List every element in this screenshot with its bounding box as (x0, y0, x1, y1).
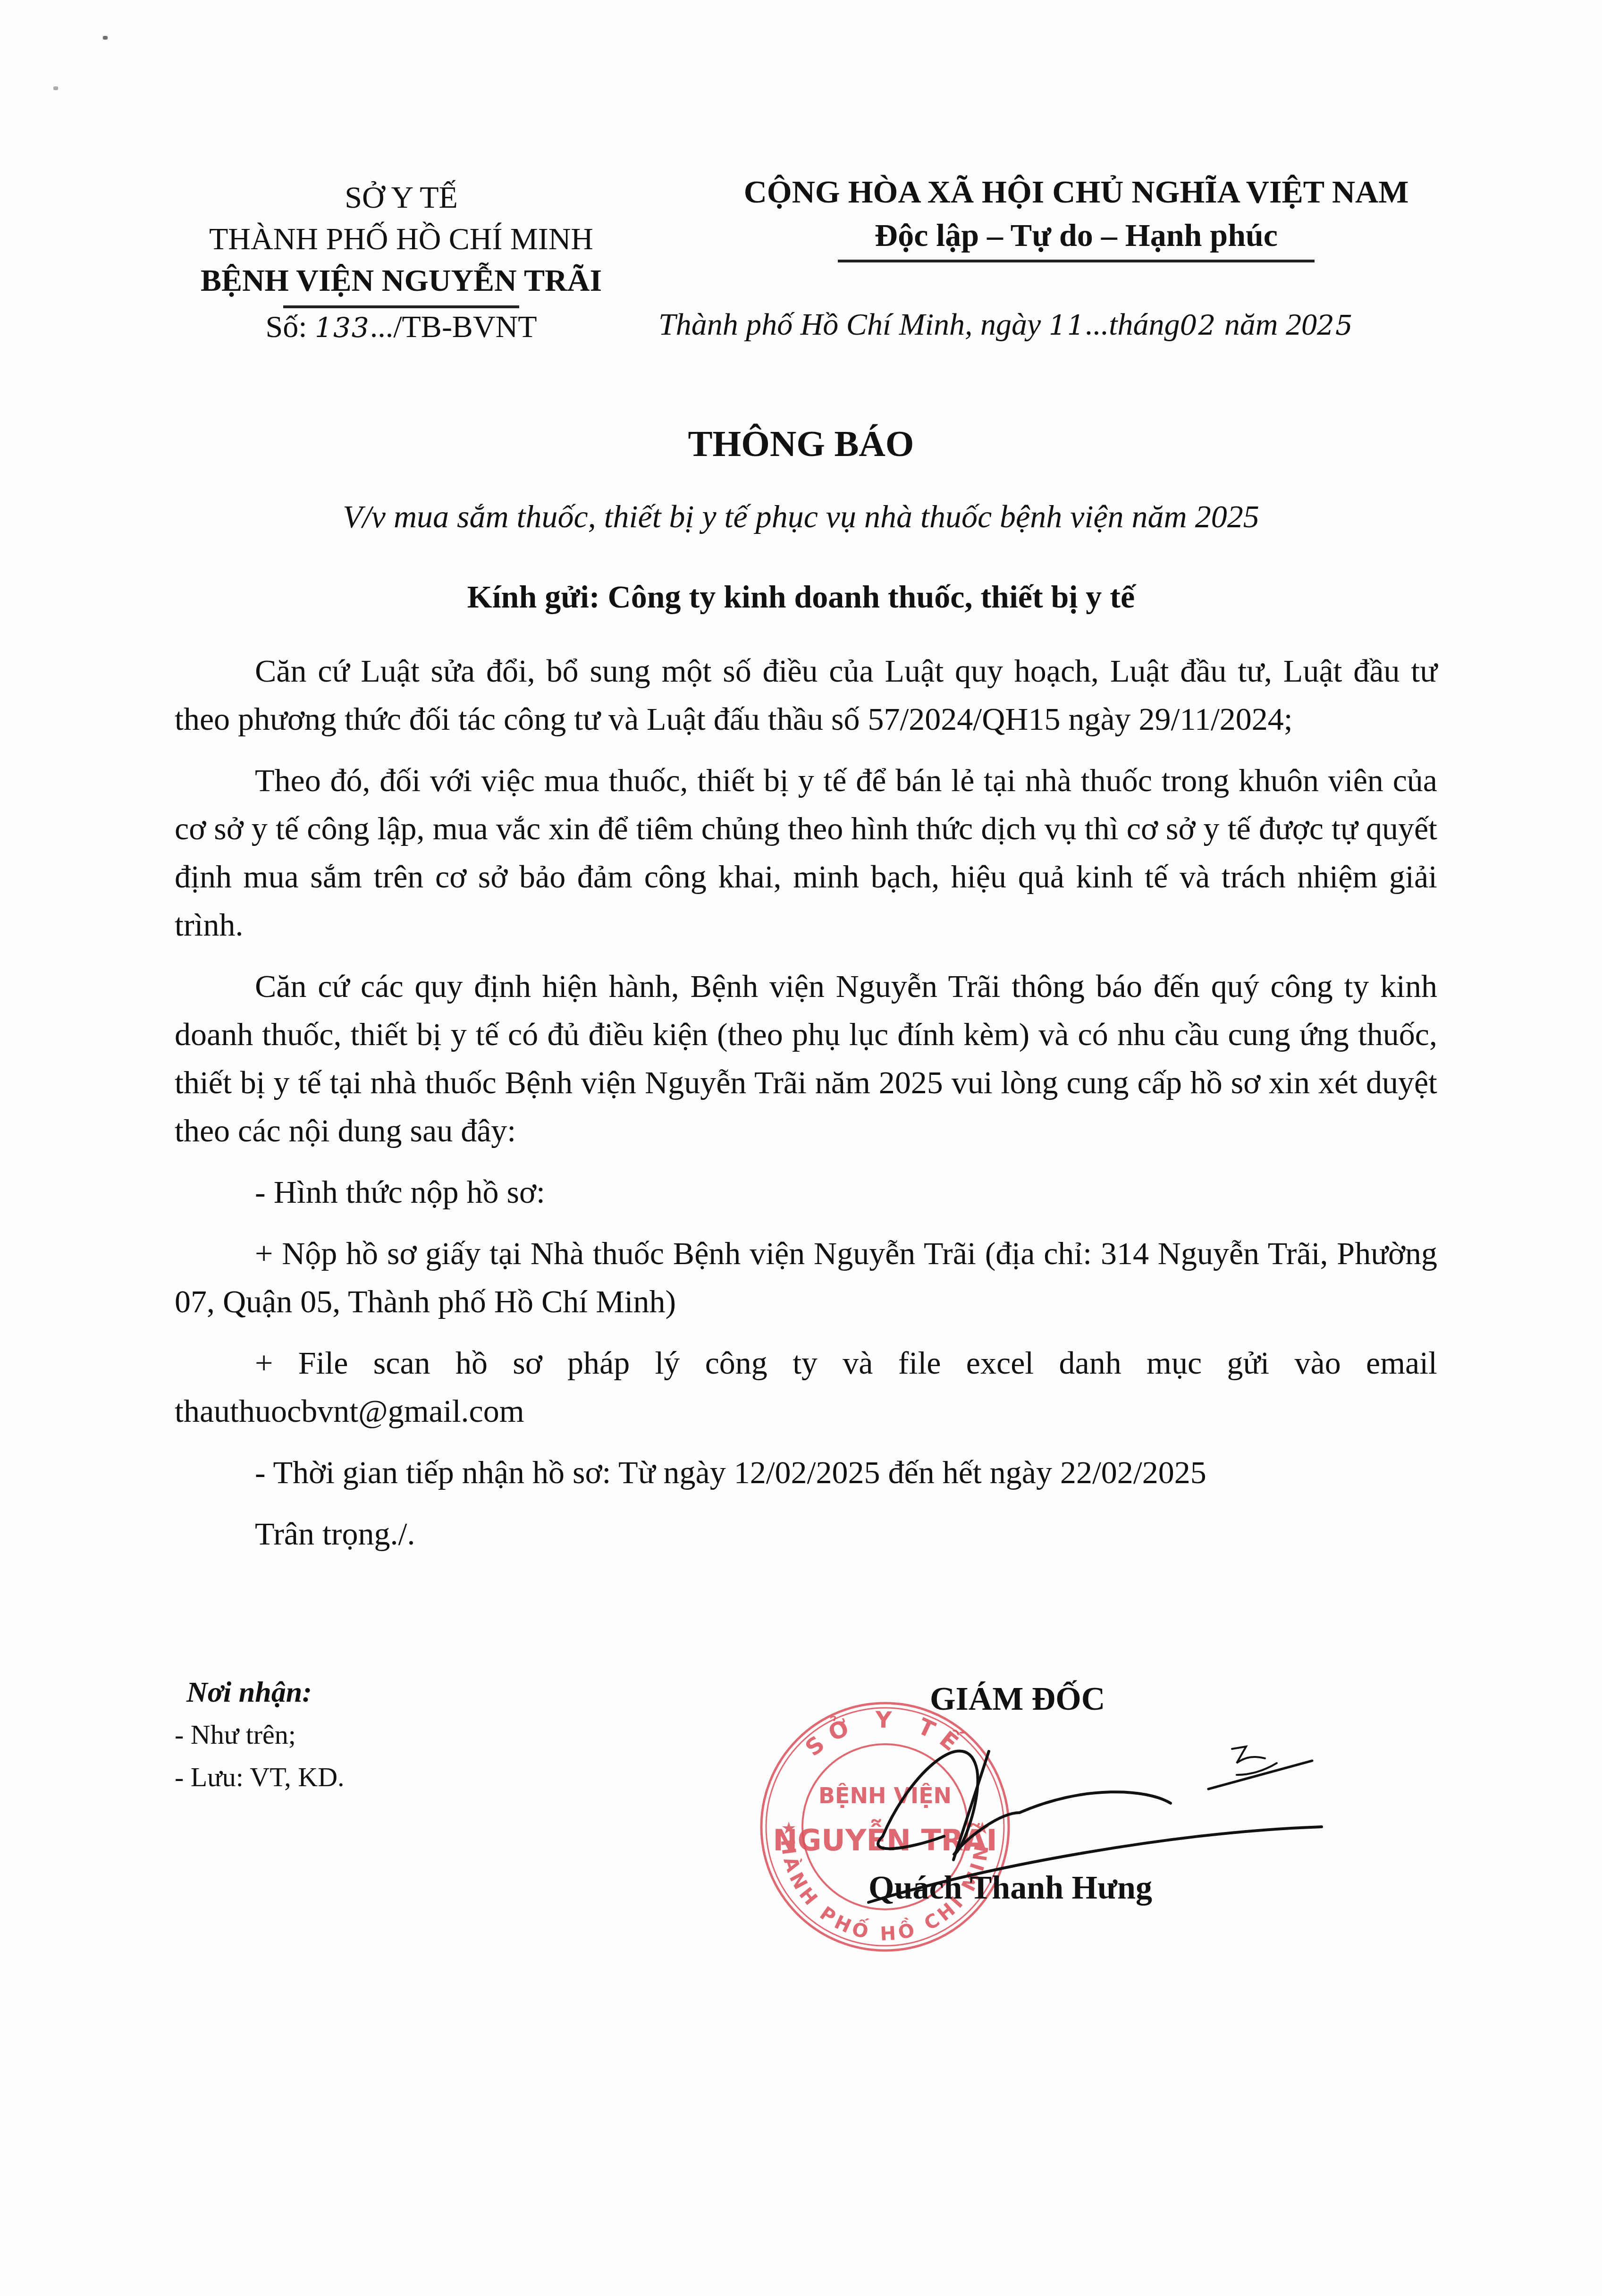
recipient-item: - Lưu: VT, KD. (175, 1756, 345, 1798)
motto-divider (838, 260, 1315, 262)
paragraph-procurement-rule: Theo đó, đối với việc mua thuốc, thiết b… (175, 756, 1437, 949)
signature-icon (755, 1680, 1345, 1945)
date-prefix: Thành phố Hồ Chí Minh, ngày (658, 307, 1041, 342)
paragraph-legal-basis: Căn cứ Luật sửa đổi, bổ sung một số điều… (175, 647, 1437, 743)
organization-name: BỆNH VIỆN NGUYỄN TRÃI (142, 260, 661, 302)
handwritten-month: 02 (1180, 309, 1217, 341)
handwritten-day: 11 (1049, 309, 1086, 341)
scan-speck (53, 86, 58, 90)
submission-method-heading: - Hình thức nộp hồ sơ: (175, 1168, 1437, 1216)
document-number: Số: 133.../TB-BVNT (142, 309, 661, 345)
submission-paper: + Nộp hồ sơ giấy tại Nhà thuốc Bệnh viện… (175, 1229, 1437, 1325)
recipient-item: - Như trên; (175, 1714, 345, 1756)
scan-speck (103, 36, 108, 40)
addressee: Kính gửi: Công ty kinh doanh thuốc, thiế… (0, 578, 1602, 616)
number-label: Số: (265, 310, 307, 344)
agency-line-1: SỞ Y TẾ (142, 177, 661, 219)
nation-name: CỘNG HÒA XÃ HỘI CHỦ NGHĨA VIỆT NAM (651, 170, 1501, 213)
recipients-label: Nơi nhận: (175, 1671, 345, 1714)
place-date-line: Thành phố Hồ Chí Minh, ngày 11...tháng02… (658, 307, 1354, 343)
national-motto: Độc lập – Tự do – Hạnh phúc (651, 213, 1501, 257)
submission-period: - Thời gian tiếp nhận hồ sơ: Từ ngày 12/… (175, 1448, 1437, 1496)
paragraph-announcement: Căn cứ các quy định hiện hành, Bệnh viện… (175, 962, 1437, 1155)
number-suffix: .../TB-BVNT (370, 310, 537, 344)
header-divider (283, 305, 519, 308)
document-body: Căn cứ Luật sửa đổi, bổ sung một số điều… (175, 647, 1437, 1571)
national-header: CỘNG HÒA XÃ HỘI CHỦ NGHĨA VIỆT NAM Độc l… (651, 170, 1501, 262)
submission-email: + File scan hồ sơ pháp lý công ty và fil… (175, 1339, 1437, 1435)
document-title: THÔNG BÁO (0, 422, 1602, 465)
year-label: năm 20 (1224, 307, 1317, 342)
agency-line-2: THÀNH PHỐ HỒ CHÍ MINH (142, 219, 661, 260)
recipients-block: Nơi nhận: - Như trên; - Lưu: VT, KD. (175, 1671, 345, 1798)
handwritten-year: 25 (1317, 309, 1354, 341)
issuing-agency-block: SỞ Y TẾ THÀNH PHỐ HỒ CHÍ MINH BỆNH VIỆN … (142, 177, 661, 308)
handwritten-number: 133 (315, 312, 370, 344)
closing: Trân trọng./. (175, 1510, 1437, 1558)
document-subject: V/v mua sắm thuốc, thiết bị y tế phục vụ… (0, 498, 1602, 535)
month-label: ...tháng (1086, 307, 1180, 342)
